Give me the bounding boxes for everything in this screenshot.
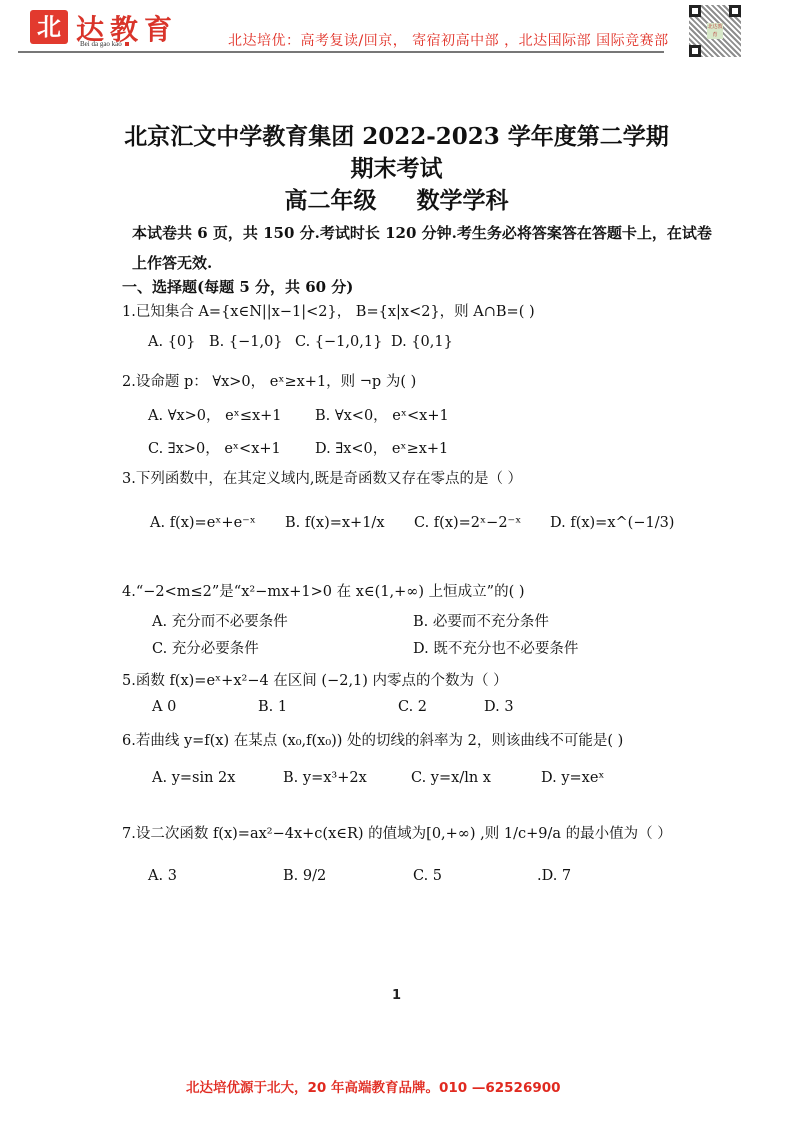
grade-label: 高二年级 [285, 187, 377, 214]
question-5-stem: 5.函数 f(x)=eˣ+x²−4 在区间 (−2,1) 内零点的个数为（ ） [122, 669, 508, 690]
question-3-option-c: C. f(x)=2ˣ−2⁻ˣ [414, 515, 521, 531]
question-7-option-a: A. 3 [148, 868, 177, 884]
qr-finder-icon [689, 5, 701, 17]
question-5-option-c: C. 2 [398, 699, 427, 715]
grade-subject: 高二年级数学学科 [0, 182, 793, 215]
question-4-stem: 4.“−2<m≤2”是“x²−mx+1>0 在 x∈(1,+∞) 上恒成立”的(… [122, 580, 525, 601]
section-heading: 一、选择题(每题 5 分，共 60 分) [122, 276, 353, 297]
page-number: 1 [0, 988, 793, 1003]
qr-finder-icon [689, 45, 701, 57]
question-2-option-b: B. ∀x<0， eˣ<x+1 [315, 404, 449, 425]
qr-code-icon: 北达教育 [689, 5, 741, 57]
question-1-option-b: B. {−1,0} [209, 334, 283, 350]
qr-finder-icon [729, 5, 741, 17]
logo-dot-icon [125, 42, 129, 46]
question-4-option-b: B. 必要而不充分条件 [413, 610, 549, 631]
exam-subtitle: 期末考试 [0, 150, 793, 183]
exam-title: 北京汇文中学教育集团 2022-2023 学年度第二学期 [0, 118, 793, 151]
question-1-option-d: D. {0,1} [391, 334, 453, 350]
question-3-option-d: D. f(x)=x^(−1/3) [550, 515, 674, 531]
question-5-option-a: A 0 [152, 699, 176, 715]
question-4-option-c: C. 充分必要条件 [152, 637, 259, 658]
question-2-option-c: C. ∃x>0， eˣ<x+1 [148, 437, 281, 458]
question-6-option-a: A. y=sin 2x [152, 770, 235, 786]
question-1-stem: 1.已知集合 A={x∈N||x−1|<2}， B={x|x<2}，则 A∩B=… [122, 300, 535, 321]
question-7-option-c: C. 5 [413, 868, 442, 884]
logo-subtext-label: Bei da gao kao [80, 40, 122, 48]
question-1-option-c: C. {−1,0,1} [295, 334, 382, 350]
question-6-stem: 6.若曲线 y=f(x) 在某点 (x₀,f(x₀)) 处的切线的斜率为 2，则… [122, 729, 623, 750]
question-5-option-d: D. 3 [484, 699, 514, 715]
question-2-option-d: D. ∃x<0， eˣ≥x+1 [315, 437, 448, 458]
question-3-option-b: B. f(x)=x+1/x [285, 515, 385, 531]
header-slogan: 北达培优：高考复读/回京， 寄宿初高中部 ，北达国际部 国际竞赛部 [228, 30, 669, 50]
question-7-option-b: B. 9/2 [283, 868, 326, 884]
question-6-option-c: C. y=x/ln x [411, 770, 491, 786]
question-3-option-a: A. f(x)=eˣ+e⁻ˣ [150, 515, 256, 531]
question-3-stem: 3.下列函数中，在其定义域内,既是奇函数又存在零点的是（ ） [122, 467, 522, 488]
question-2-stem: 2.设命题 p： ∀x>0， eˣ≥x+1，则 ¬p 为( ) [122, 370, 416, 391]
logo-subtext: Bei da gao kao [80, 40, 129, 48]
question-6-option-d: D. y=xeˣ [541, 770, 605, 786]
logo-mark: 北 [30, 10, 68, 44]
qr-center-logo: 北达教育 [707, 23, 723, 39]
question-4-option-d: D. 既不充分也不必要条件 [413, 637, 578, 658]
header-divider [18, 51, 664, 53]
question-7-stem: 7.设二次函数 f(x)=ax²−4x+c(x∈R) 的值域为[0,+∞) ,则… [122, 822, 672, 843]
question-1-option-a: A. {0} [148, 334, 195, 350]
exam-instructions: 本试卷共 6 页，共 150 分.考试时长 120 分钟.考生务必将答案答在答题… [132, 218, 712, 278]
footer-slogan: 北达培优源于北大，20 年高端教育品牌。010 —62526900 [186, 1076, 561, 1096]
question-5-option-b: B. 1 [258, 699, 287, 715]
question-4-option-a: A. 充分而不必要条件 [152, 610, 288, 631]
subject-label: 数学学科 [417, 187, 509, 214]
question-6-option-b: B. y=x³+2x [283, 770, 367, 786]
question-7-option-d: .D. 7 [537, 868, 571, 884]
question-2-option-a: A. ∀x>0， eˣ≤x+1 [148, 404, 282, 425]
